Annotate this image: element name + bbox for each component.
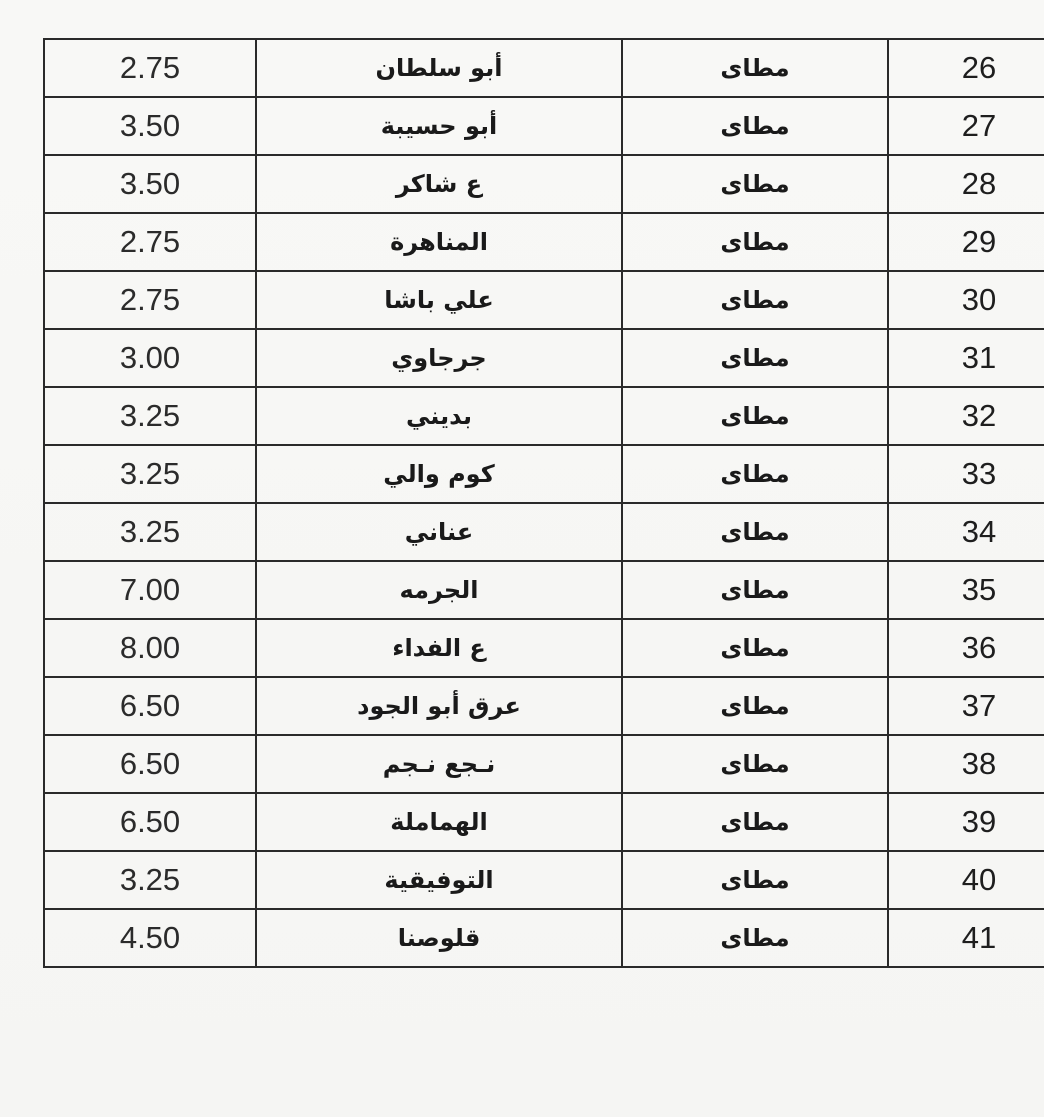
value-cell: 3.25 — [44, 503, 256, 561]
village-cell: الجرمه — [256, 561, 622, 619]
value-cell: 6.50 — [44, 677, 256, 735]
value-cell: 2.75 — [44, 39, 256, 97]
center-cell: مطاى — [622, 329, 888, 387]
center-cell: مطاى — [622, 39, 888, 97]
value-cell: 4.50 — [44, 909, 256, 967]
number-cell: 26 — [888, 39, 1044, 97]
village-cell: علي باشا — [256, 271, 622, 329]
center-cell: مطاى — [622, 445, 888, 503]
number-cell: 39 — [888, 793, 1044, 851]
number-cell: 28 — [888, 155, 1044, 213]
table-row: 3.50 أبو حسيبة مطاى 27 — [44, 97, 1044, 155]
village-cell: بديني — [256, 387, 622, 445]
center-cell: مطاى — [622, 271, 888, 329]
table-row: 6.50 نـجع نـجم مطاى 38 — [44, 735, 1044, 793]
center-cell: مطاى — [622, 793, 888, 851]
value-cell: 8.00 — [44, 619, 256, 677]
village-cell: نـجع نـجم — [256, 735, 622, 793]
villages-table: 2.75 أبو سلطان مطاى 26 3.50 أبو حسيبة مط… — [43, 38, 1044, 968]
village-cell: كوم والي — [256, 445, 622, 503]
value-cell: 3.25 — [44, 851, 256, 909]
scanned-document-page: 2.75 أبو سلطان مطاى 26 3.50 أبو حسيبة مط… — [0, 0, 1044, 1117]
village-cell: المناهرة — [256, 213, 622, 271]
number-cell: 37 — [888, 677, 1044, 735]
number-cell: 34 — [888, 503, 1044, 561]
village-cell: التوفيقية — [256, 851, 622, 909]
table-row: 2.75 علي باشا مطاى 30 — [44, 271, 1044, 329]
value-cell: 6.50 — [44, 735, 256, 793]
center-cell: مطاى — [622, 909, 888, 967]
number-cell: 27 — [888, 97, 1044, 155]
number-cell: 38 — [888, 735, 1044, 793]
village-cell: عناني — [256, 503, 622, 561]
number-cell: 41 — [888, 909, 1044, 967]
village-cell: ع الفداء — [256, 619, 622, 677]
value-cell: 7.00 — [44, 561, 256, 619]
table-row: 3.25 عناني مطاى 34 — [44, 503, 1044, 561]
table-row: 3.50 ع شاكر مطاى 28 — [44, 155, 1044, 213]
table-row: 6.50 الهماملة مطاى 39 — [44, 793, 1044, 851]
village-cell: ع شاكر — [256, 155, 622, 213]
table-row: 2.75 المناهرة مطاى 29 — [44, 213, 1044, 271]
number-cell: 35 — [888, 561, 1044, 619]
village-cell: أبو سلطان — [256, 39, 622, 97]
value-cell: 3.25 — [44, 445, 256, 503]
center-cell: مطاى — [622, 735, 888, 793]
table-row: 3.25 كوم والي مطاى 33 — [44, 445, 1044, 503]
village-cell: قلوصنا — [256, 909, 622, 967]
value-cell: 2.75 — [44, 271, 256, 329]
center-cell: مطاى — [622, 619, 888, 677]
value-cell: 3.25 — [44, 387, 256, 445]
village-cell: الهماملة — [256, 793, 622, 851]
number-cell: 30 — [888, 271, 1044, 329]
table-row: 3.25 بديني مطاى 32 — [44, 387, 1044, 445]
number-cell: 32 — [888, 387, 1044, 445]
number-cell: 29 — [888, 213, 1044, 271]
number-cell: 36 — [888, 619, 1044, 677]
table-row: 6.50 عرق أبو الجود مطاى 37 — [44, 677, 1044, 735]
village-cell: أبو حسيبة — [256, 97, 622, 155]
table-row: 8.00 ع الفداء مطاى 36 — [44, 619, 1044, 677]
value-cell: 6.50 — [44, 793, 256, 851]
center-cell: مطاى — [622, 677, 888, 735]
village-cell: عرق أبو الجود — [256, 677, 622, 735]
number-cell: 31 — [888, 329, 1044, 387]
value-cell: 3.50 — [44, 155, 256, 213]
center-cell: مطاى — [622, 155, 888, 213]
village-cell: جرجاوي — [256, 329, 622, 387]
table-row: 4.50 قلوصنا مطاى 41 — [44, 909, 1044, 967]
number-cell: 33 — [888, 445, 1044, 503]
table-row: 7.00 الجرمه مطاى 35 — [44, 561, 1044, 619]
value-cell: 3.00 — [44, 329, 256, 387]
number-cell: 40 — [888, 851, 1044, 909]
center-cell: مطاى — [622, 503, 888, 561]
value-cell: 2.75 — [44, 213, 256, 271]
center-cell: مطاى — [622, 213, 888, 271]
center-cell: مطاى — [622, 97, 888, 155]
value-cell: 3.50 — [44, 97, 256, 155]
table-body: 2.75 أبو سلطان مطاى 26 3.50 أبو حسيبة مط… — [44, 39, 1044, 967]
center-cell: مطاى — [622, 561, 888, 619]
center-cell: مطاى — [622, 387, 888, 445]
table-row: 3.25 التوفيقية مطاى 40 — [44, 851, 1044, 909]
center-cell: مطاى — [622, 851, 888, 909]
table-row: 3.00 جرجاوي مطاى 31 — [44, 329, 1044, 387]
table-row: 2.75 أبو سلطان مطاى 26 — [44, 39, 1044, 97]
